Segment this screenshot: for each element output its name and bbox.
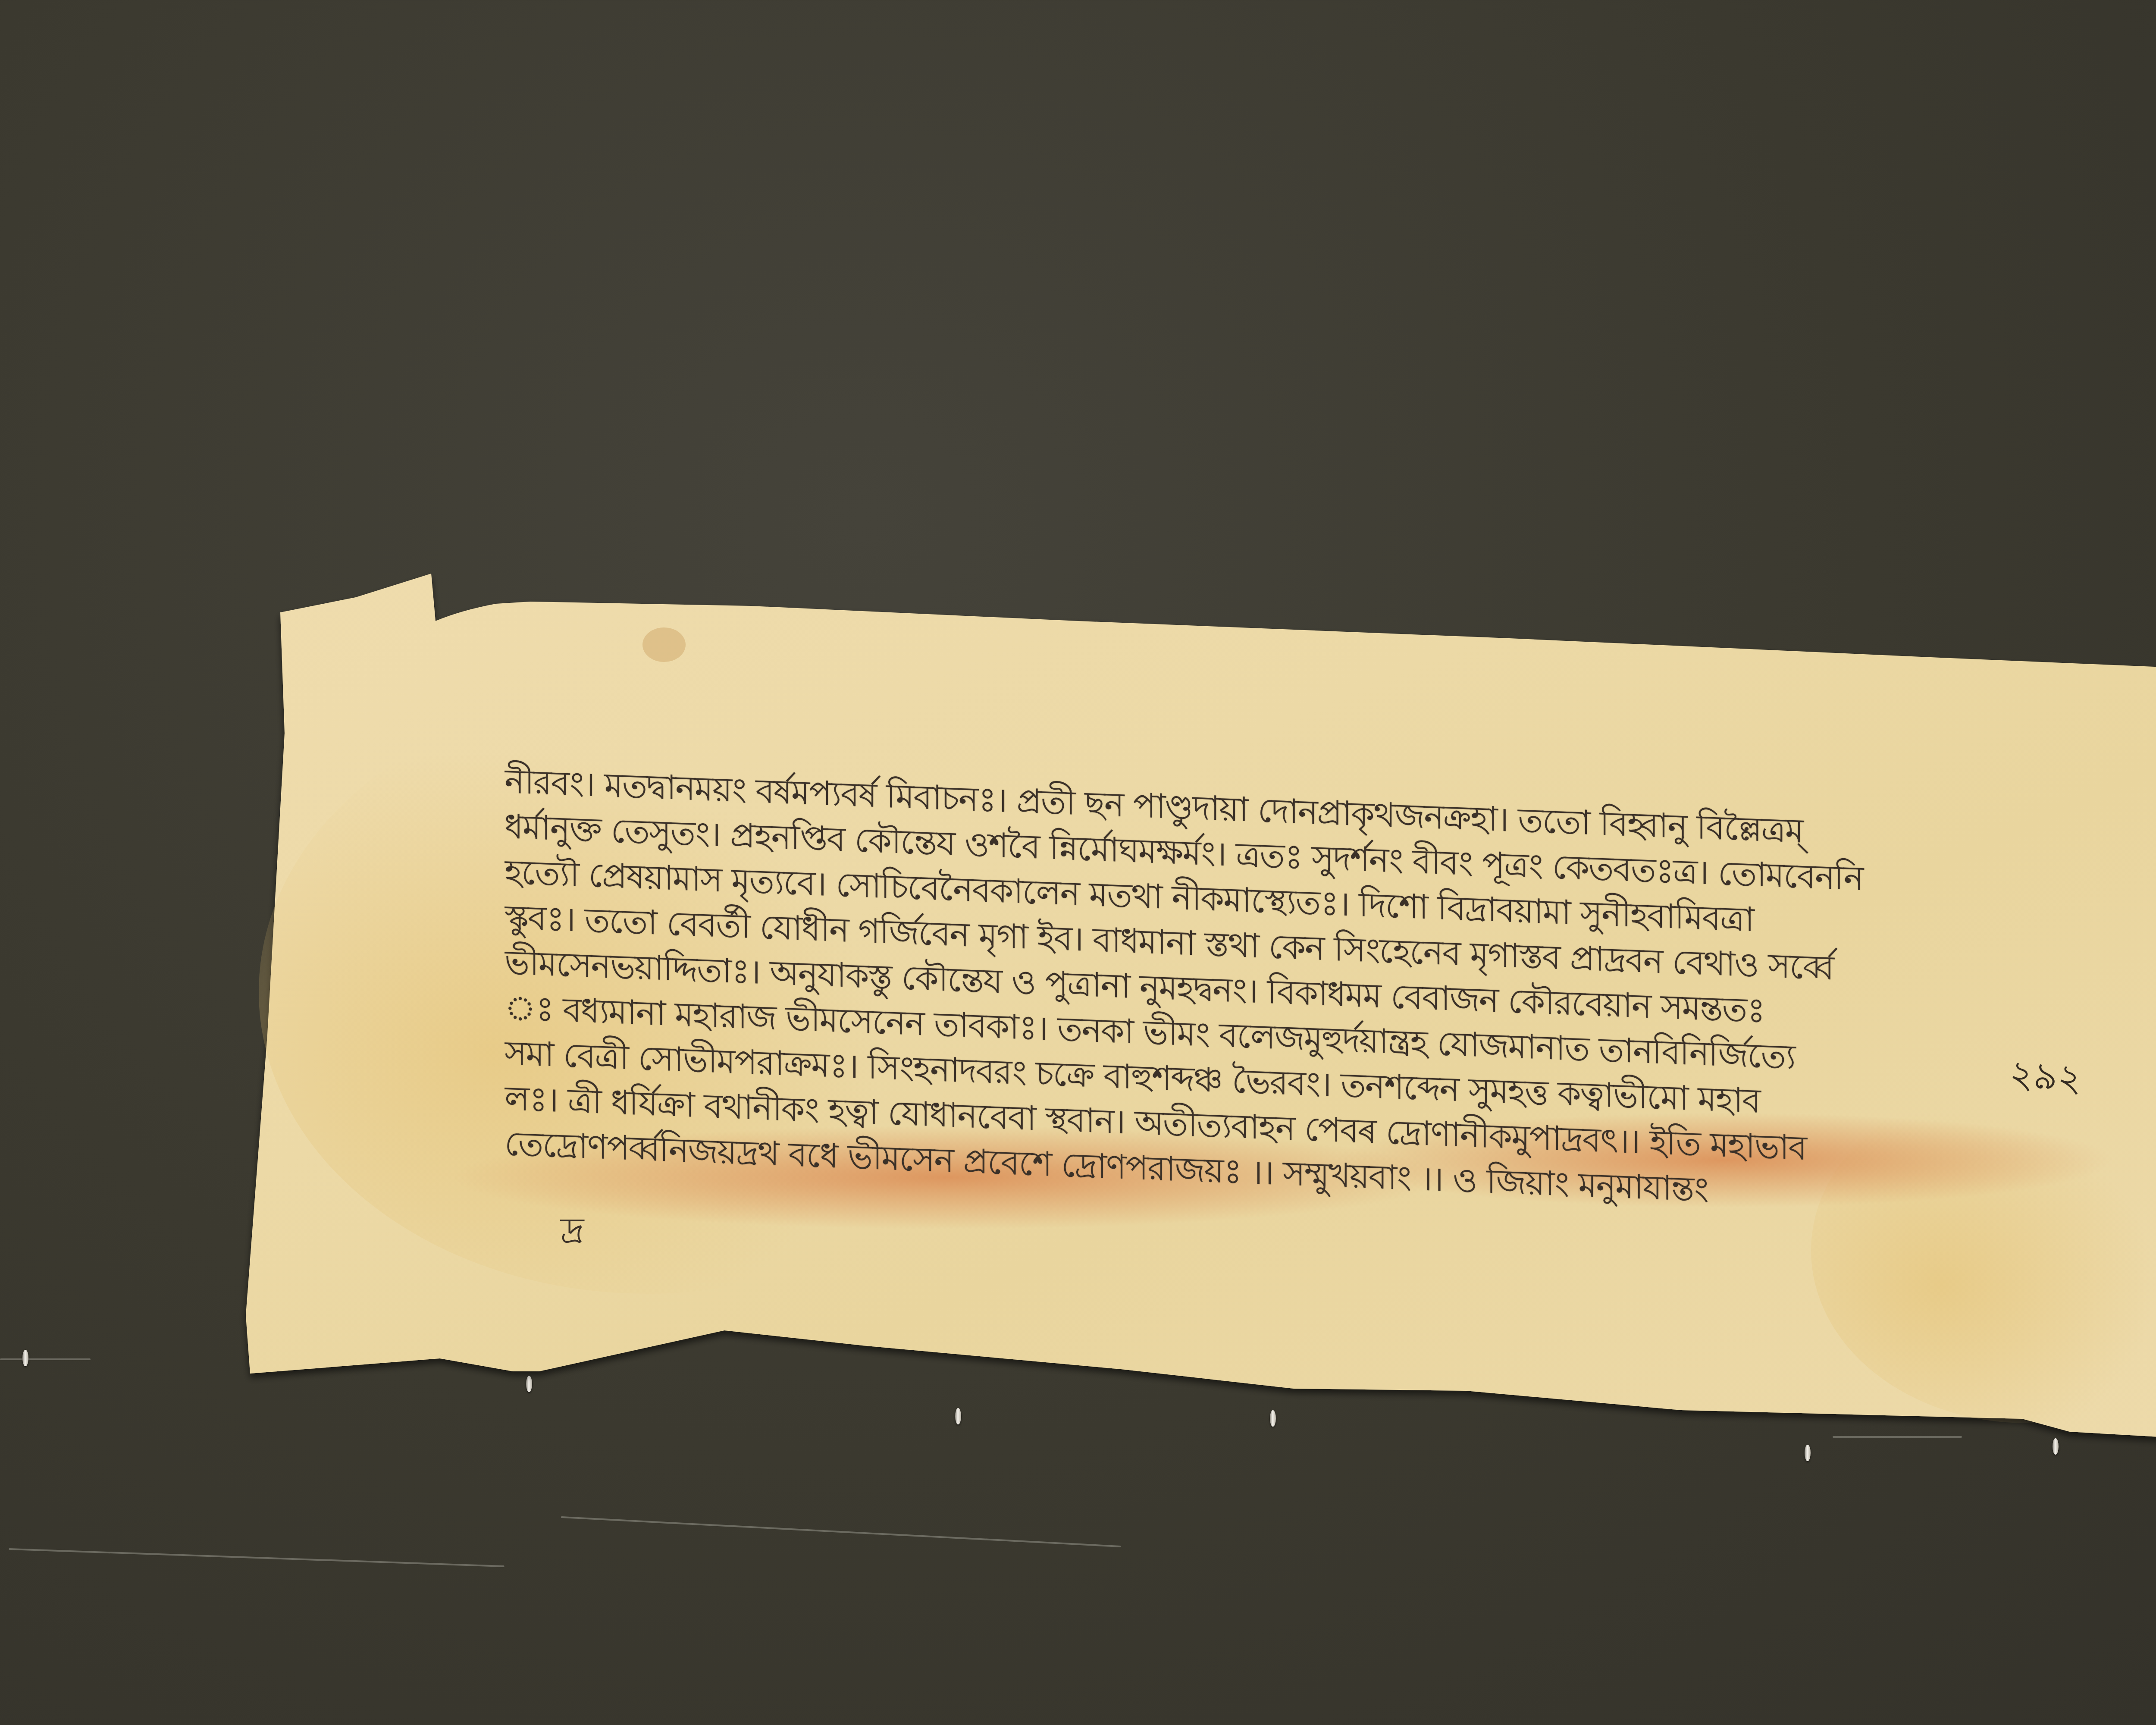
marginal-note: দ্র <box>561 1203 584 1262</box>
manuscript-leaf: নীরবং। মতদ্বানময়ং বর্ষমপ্যবর্ষ মিবাচনঃ।… <box>0 0 2156 1725</box>
manuscript-text: নীরবং। মতদ্বানময়ং বর্ষমপ্যবর্ষ মিবাচনঃ।… <box>505 759 2005 1224</box>
folio-number: ২৯২ <box>2007 1045 2084 1112</box>
